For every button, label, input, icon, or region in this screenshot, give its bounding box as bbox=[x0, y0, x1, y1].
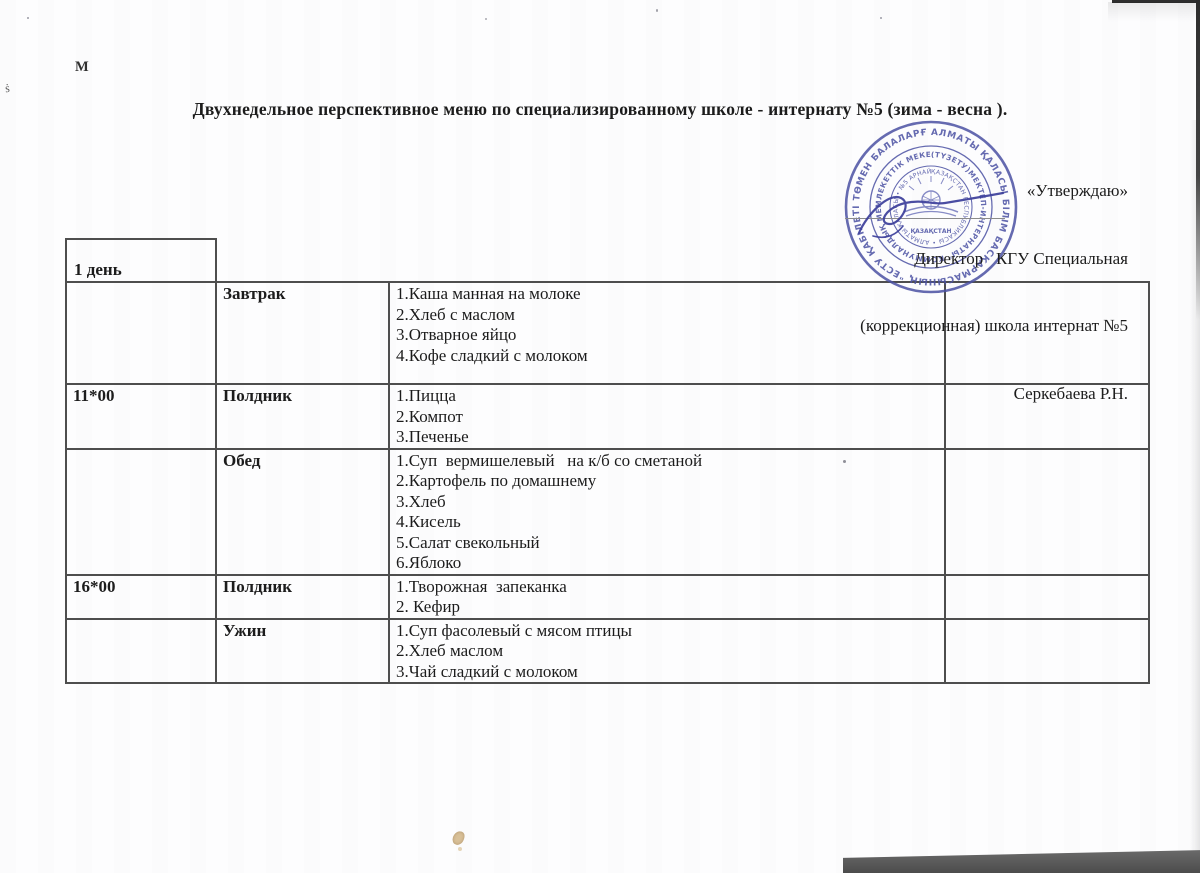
approval-line-name: Серкебаева Р.Н. bbox=[860, 383, 1128, 406]
scan-edge-right-shadow bbox=[1190, 120, 1200, 873]
menu-item-line: 2.Картофель по домашнему bbox=[396, 471, 940, 492]
time-cell bbox=[66, 619, 216, 684]
menu-item-line: 3.Хлеб bbox=[396, 492, 940, 513]
day-label: 1 день bbox=[74, 260, 122, 280]
stray-ink-mark: ṡ bbox=[3, 81, 11, 97]
empty-cell bbox=[945, 575, 1149, 619]
meal-cell: Ужин bbox=[216, 619, 389, 684]
handwritten-signature bbox=[845, 178, 1015, 253]
time-cell: 16*00 bbox=[66, 575, 216, 619]
scan-speck bbox=[843, 460, 846, 463]
menu-row: Ужин 1.Суп фасолевый с мясом птицы2.Хлеб… bbox=[66, 619, 1149, 684]
menu-item-line: 5.Салат свекольный bbox=[396, 533, 940, 554]
items-cell: 1.Суп фасолевый с мясом птицы2.Хлеб масл… bbox=[389, 619, 945, 684]
menu-item-line: 3.Отварное яйцо bbox=[396, 325, 940, 346]
menu-item-line: 1.Пицца bbox=[396, 386, 940, 407]
scan-speck bbox=[656, 9, 658, 12]
scan-speck bbox=[485, 18, 487, 20]
meal-cell: Полдник bbox=[216, 384, 389, 449]
menu-item-line: 6.Яблоко bbox=[396, 553, 940, 574]
time-cell bbox=[66, 449, 216, 575]
paper-stain-tail bbox=[458, 847, 462, 851]
scan-speck bbox=[27, 17, 29, 19]
menu-item-line: 1.Творожная запеканка bbox=[396, 577, 940, 598]
paper-stain bbox=[451, 830, 466, 847]
menu-item-line: 3.Печенье bbox=[396, 427, 940, 448]
menu-item-line: 1.Суп фасолевый с мясом птицы bbox=[396, 621, 940, 642]
meal-cell: Обед bbox=[216, 449, 389, 575]
empty-cell bbox=[945, 449, 1149, 575]
menu-item-line: 3.Чай сладкий с молоком bbox=[396, 662, 940, 683]
meal-cell: Завтрак bbox=[216, 282, 389, 384]
menu-item-line: 4.Кофе сладкий с молоком bbox=[396, 346, 940, 367]
day-header-cell: 1 день bbox=[65, 238, 217, 283]
time-cell bbox=[66, 282, 216, 384]
scan-speck bbox=[880, 17, 882, 19]
menu-item-line: 2.Хлеб с маслом bbox=[396, 305, 940, 326]
stray-letter: М bbox=[75, 59, 89, 76]
menu-item-line: 1.Суп вермишелевый на к/б со сметаной bbox=[396, 451, 940, 472]
items-cell: 1.Творожная запеканка2. Кефир bbox=[389, 575, 945, 619]
scanned-menu-document: М ṡ Двухнедельное перспективное меню по … bbox=[0, 0, 1200, 873]
items-cell: 1.Суп вермишелевый на к/б со сметаной2.К… bbox=[389, 449, 945, 575]
menu-row: Обед 1.Суп вермишелевый на к/б со сметан… bbox=[66, 449, 1149, 575]
scan-edge-top-shadow bbox=[1108, 2, 1200, 22]
menu-item-line: 2. Кефир bbox=[396, 597, 940, 618]
approval-line-school: (коррекционная) школа интернат №5 bbox=[860, 315, 1128, 338]
time-cell: 11*00 bbox=[66, 384, 216, 449]
menu-item-line: 2.Компот bbox=[396, 407, 940, 428]
meal-cell: Полдник bbox=[216, 575, 389, 619]
menu-row: 16*00 Полдник 1.Творожная запеканка2. Ке… bbox=[66, 575, 1149, 619]
menu-item-line: 4.Кисель bbox=[396, 512, 940, 533]
empty-cell bbox=[945, 619, 1149, 684]
menu-item-line: 2.Хлеб маслом bbox=[396, 641, 940, 662]
scanner-bed-bar bbox=[843, 847, 1200, 873]
